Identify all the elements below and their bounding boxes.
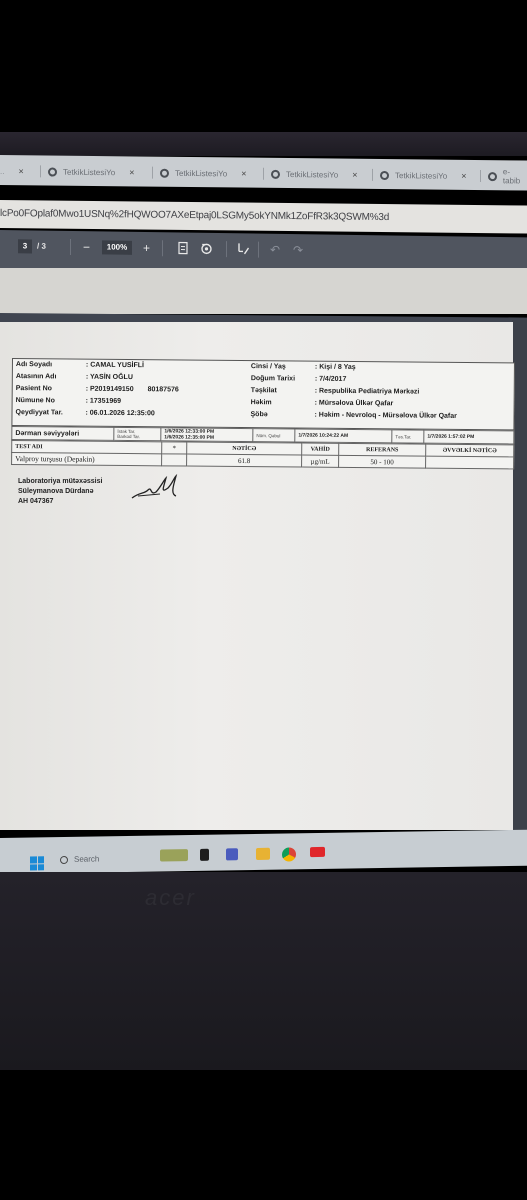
accept-date-label: Nüm. Qəbul [253,429,295,442]
url-text[interactable]: lcPo0FOplaf0Mwo1USNq%2fHQWOO7AXeEtpaj0LS… [0,208,389,223]
globe-icon [380,170,389,179]
divider [70,239,71,255]
address-bar[interactable]: lcPo0FOplaf0Mwo1USNq%2fHQWOO7AXeEtpaj0LS… [0,200,527,234]
file-manager-icon[interactable] [200,849,209,861]
taskbar-search[interactable]: Search [60,854,99,864]
close-tab-icon[interactable]: × [241,169,246,179]
sample-no-label: Nümune No [16,397,86,405]
windows-taskbar: Search [0,830,527,874]
header-flag: * [162,442,187,454]
confirm-date-label: Təs.Tar. [392,430,424,443]
department-value: : Həkim - Nevroloq - Mürsəlova Ülkər Qaf… [314,412,456,420]
monitor-bezel-bottom [0,872,527,1072]
monitor-bezel-top [0,132,527,156]
divider [162,240,163,256]
section-title: Dərman səviyyələri [12,427,114,441]
divider [258,242,259,258]
sex-age-value: : Kişi / 8 Yaş [315,364,356,371]
results-table: TEST ADI * NƏTİCƏ VAHİD REFERANS ƏVVƏLKİ… [11,440,514,469]
patient-no-value: : P2019149150 [86,386,134,393]
browser-tab[interactable]: TetkikListesiYo × [271,166,357,183]
tab-title: TetkikListesiYo [63,167,115,177]
close-tab-icon[interactable]: × [18,166,23,176]
flag [162,454,187,466]
father-name-value: : YASİN OĞLU [86,374,133,381]
name-value: : CAMAL YUSİFLİ [86,362,144,370]
undo-button[interactable]: ↶ [270,242,280,258]
youtube-icon[interactable] [310,847,325,857]
laptop-brand-logo: acer [145,885,196,911]
signer-name: Süleymanova Dürdanə [18,487,102,497]
globe-icon [488,172,497,181]
windows-start-icon[interactable] [30,856,44,870]
zoom-level[interactable]: 100% [102,240,132,254]
explorer-icon[interactable] [256,848,270,860]
browser-tab[interactable]: TetkikListesiYo × [380,167,466,184]
zoom-in-button[interactable]: + [143,240,150,256]
globe-icon [48,167,57,176]
lab-report: Adı Soyadı: CAMAL YUSİFLİ Atasının Adı: … [11,358,515,469]
sex-age-label: Cinsi / Yaş [251,363,315,371]
patient-info-box: Adı Soyadı: CAMAL YUSİFLİ Atasının Adı: … [11,358,515,430]
reference-range: 50 - 100 [339,455,426,468]
tab-title: TetkikListesiYo [395,171,447,181]
previous-result [426,456,514,469]
sample-no-value: : 17351969 [86,398,121,405]
organization-label: Təşkilat [251,387,315,395]
redo-button[interactable]: ↷ [293,242,303,258]
name-label: Adı Soyadı [16,361,86,369]
patient-no-label: Pasient No [16,385,86,393]
registration-date-value: : 06.01.2026 12:35:00 [85,410,154,418]
page-total: / 3 [37,240,46,254]
browser-tab[interactable]: TetkikListesiYo × [48,164,134,181]
search-placeholder: Search [74,854,99,863]
signer-title: Laboratoriya mütəxəssisi [18,477,102,487]
header-unit: VAHİD [302,443,339,455]
organization-value: : Respublika Pediatriya Mərkəzi [315,388,420,396]
pdf-viewer-background [0,268,527,314]
chrome-icon[interactable] [282,847,296,861]
signature-block: Laboratoriya mütəxəssisi Süleymanova Dür… [18,477,102,507]
widgets-icon[interactable] [160,849,188,861]
browser-tab-partial[interactable]: .. × [0,163,24,179]
search-icon [60,855,68,863]
registration-date-label: Qeydiyyat Tar. [15,409,85,417]
zoom-out-button[interactable]: − [83,239,90,255]
divider [226,241,227,257]
header-result: NƏTİCƏ [187,442,302,455]
browser-tab-bar: .. × TetkikListesiYo × TetkikListesiYo ×… [0,155,527,191]
unit: µg/mL [302,455,339,467]
confirm-date-value: 1/7/2026 1:57:02 PM [424,430,514,444]
globe-icon [160,168,169,177]
department-label: Şöbə [250,411,314,419]
doctor-label: Həkim [251,399,315,407]
signature-icon [130,474,180,504]
close-tab-icon[interactable]: × [352,170,357,180]
patient-no-extra: 80187576 [148,386,179,393]
accept-date-value: 1/7/2026 10:24:22 AM [295,429,392,443]
tab-title: TetkikListesiYo [286,169,338,179]
test-name: Valproy turşusu (Depakin) [12,453,162,466]
signer-id: AH 047367 [18,497,102,507]
dob-label: Doğum Tarixi [251,375,315,383]
fit-page-icon[interactable] [178,241,188,258]
rotate-icon[interactable] [200,242,213,259]
tab-title: e-tabib [503,167,527,185]
globe-icon [271,169,280,178]
father-name-label: Atasının Adı [16,373,86,381]
dob-value: : 7/4/2017 [315,376,347,383]
barcode-date-value: 1/6/2026 12:35:00 PM [164,434,249,441]
header-previous-result: ƏVVƏLKİ NƏTİCƏ [426,444,514,457]
barcode-date-label: Barkod Tar. [117,434,157,439]
teams-icon[interactable] [226,848,238,860]
doctor-value: : Mürsəlova Ülkər Qafar [315,400,394,408]
close-tab-icon[interactable]: × [129,167,134,177]
browser-tab-etabib[interactable]: e-tabib [488,168,527,184]
browser-tab[interactable]: TetkikListesiYo × [160,165,246,182]
page-number-input[interactable]: 3 [18,239,32,253]
header-reference: REFERANS [339,443,426,456]
photo-bottom [0,1070,527,1200]
close-tab-icon[interactable]: × [461,171,466,181]
tab-title: TetkikListesiYo [175,168,227,178]
photo-background [0,0,527,135]
result-value: 61.8 [187,454,302,467]
annotate-icon[interactable] [237,242,250,259]
